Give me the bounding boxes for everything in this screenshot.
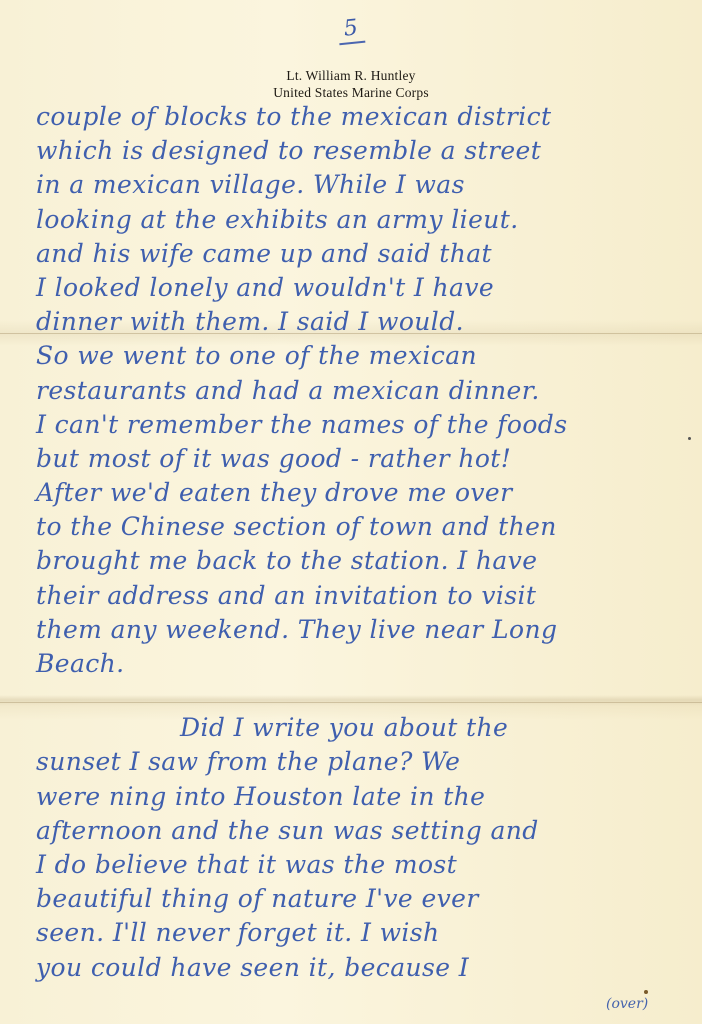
ink-spot bbox=[688, 437, 691, 440]
ink-spot bbox=[644, 990, 648, 994]
text-line: brought me back to the station. I have bbox=[36, 544, 686, 578]
page-number-value: 5 bbox=[337, 15, 366, 46]
text-line: I looked lonely and wouldn't I have bbox=[36, 271, 686, 305]
letterhead-name: Lt. William R. Huntley bbox=[0, 67, 702, 84]
handwritten-body: couple of blocks to the mexican district… bbox=[36, 100, 686, 985]
text-line: I do believe that it was the most bbox=[36, 848, 686, 882]
letterhead-organization: United States Marine Corps bbox=[0, 84, 702, 101]
paragraph-2: Did I write you about the sunset I saw f… bbox=[36, 711, 686, 985]
text-line: After we'd eaten they drove me over bbox=[36, 476, 686, 510]
over-note: (over) bbox=[606, 996, 648, 1012]
paragraph-1: couple of blocks to the mexican district… bbox=[36, 100, 686, 681]
text-line: sunset I saw from the plane? We bbox=[36, 745, 686, 779]
text-line: So we went to one of the mexican bbox=[36, 339, 686, 373]
text-line: and his wife came up and said that bbox=[36, 237, 686, 271]
text-line: you could have seen it, because I bbox=[36, 951, 686, 985]
page-number: 5 bbox=[0, 16, 702, 44]
text-line: seen. I'll never forget it. I wish bbox=[36, 916, 686, 950]
text-line: in a mexican village. While I was bbox=[36, 168, 686, 202]
text-line: dinner with them. I said I would. bbox=[36, 305, 686, 339]
text-line: were ning into Houston late in the bbox=[36, 780, 686, 814]
text-line: beautiful thing of nature I've ever bbox=[36, 882, 686, 916]
text-line: them any weekend. They live near Long bbox=[36, 613, 686, 647]
text-line: their address and an invitation to visit bbox=[36, 579, 686, 613]
letterhead: Lt. William R. Huntley United States Mar… bbox=[0, 67, 702, 101]
text-line: which is designed to resemble a street bbox=[36, 134, 686, 168]
text-line: I can't remember the names of the foods bbox=[36, 408, 686, 442]
text-line: restaurants and had a mexican dinner. bbox=[36, 374, 686, 408]
text-line: Did I write you about the bbox=[36, 711, 686, 745]
text-line: but most of it was good - rather hot! bbox=[36, 442, 686, 476]
letter-page: 5 Lt. William R. Huntley United States M… bbox=[0, 0, 702, 1024]
text-line: couple of blocks to the mexican district bbox=[36, 100, 686, 134]
text-line: afternoon and the sun was setting and bbox=[36, 814, 686, 848]
text-line: to the Chinese section of town and then bbox=[36, 510, 686, 544]
text-line: Beach. bbox=[36, 647, 686, 681]
text-line: looking at the exhibits an army lieut. bbox=[36, 203, 686, 237]
